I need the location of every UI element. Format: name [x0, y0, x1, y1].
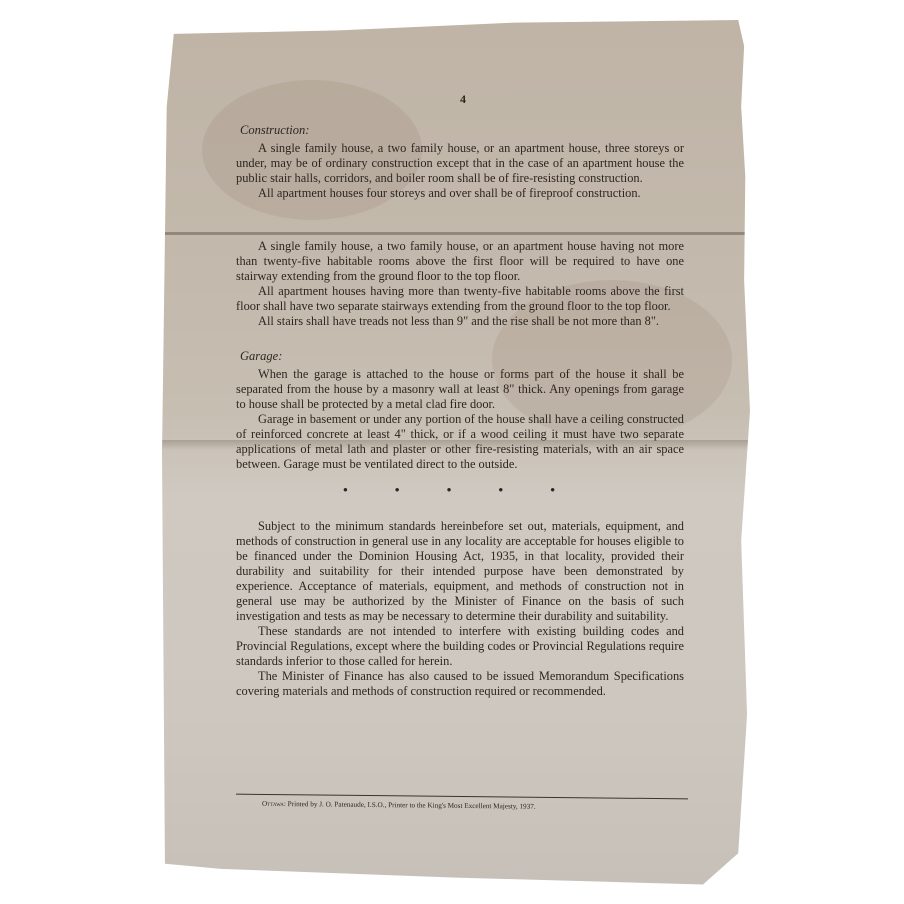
page-number: 4: [236, 92, 684, 107]
document-body: 4 Construction: A single family house, a…: [236, 92, 684, 699]
section-heading-garage: Garage:: [240, 349, 684, 364]
paragraph: A single family house, a two family hous…: [236, 239, 684, 284]
section-heading-construction: Construction:: [240, 123, 684, 138]
paragraph: The Minister of Finance has also caused …: [236, 669, 684, 699]
separator-dots: • • • • •: [236, 482, 684, 497]
paragraph: When the garage is attached to the house…: [236, 367, 684, 412]
paragraph: All apartment houses having more than tw…: [236, 284, 684, 314]
paragraph: A single family house, a two family hous…: [236, 141, 684, 186]
paragraph: Garage in basement or under any portion …: [236, 412, 684, 472]
paragraph: Subject to the minimum standards hereinb…: [236, 519, 684, 624]
imprint-city: Ottawa:: [262, 800, 286, 808]
paragraph: All apartment houses four storeys and ov…: [236, 186, 684, 201]
paragraph: These standards are not intended to inte…: [236, 624, 684, 669]
paragraph: All stairs shall have treads not less th…: [236, 314, 684, 329]
